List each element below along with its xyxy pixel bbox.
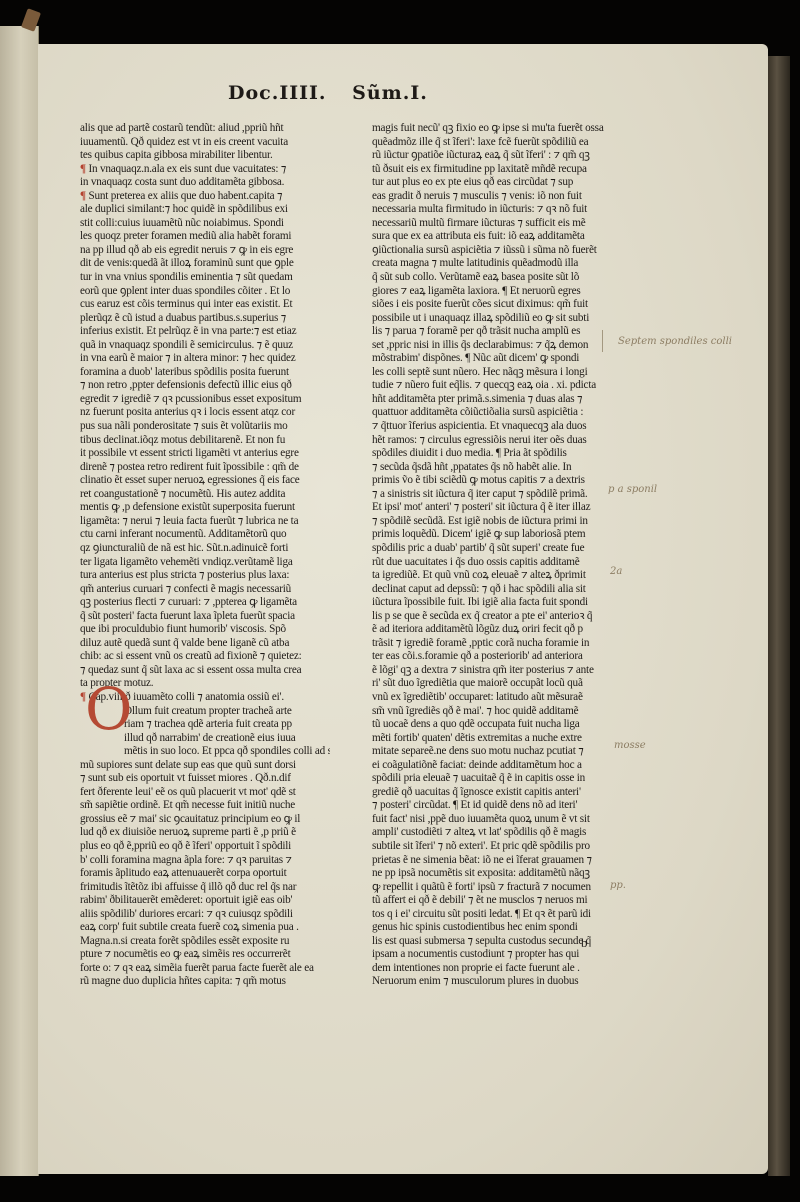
- text-line: possibile ut i unaquaqz illaꝝ spõdiliũ e…: [372, 312, 622, 326]
- text-line: tos q i ei' circuitu sũt positi ledat. ¶…: [372, 908, 622, 922]
- text-line: ret coangustationẽ ⁊ nocumẽtũ. His autez…: [80, 488, 330, 502]
- text-line: quattuor additamẽta cõiũctiõalia sursũ a…: [372, 406, 622, 420]
- text-line: spõdilis pric a duab' partib' q̃ sũt sup…: [372, 542, 622, 556]
- text-line: mentis ꝙ ,p defensione existũt superposi…: [80, 501, 330, 515]
- text-line: magis fuit necũ' qꝫ fixio eo ꝙ ipse si m…: [372, 122, 622, 136]
- text-line: lis p se que ẽ secũda ex q̃ creator a pt…: [372, 610, 622, 624]
- text-line: ⁊ a sinistris sit iũctura q̃ iter caput …: [372, 488, 622, 502]
- text-line: eaꝝ corp' fuit subtile creata fuerẽ coꝝ …: [80, 921, 330, 935]
- text-line: frimitudis ĩtẽtõz ibi affuisse q̃ illõ q…: [80, 881, 330, 895]
- text-line: Magna.n.si creata forẽt spõdiles essẽt e…: [80, 935, 330, 949]
- text-line: ⁊ sunt sub eis oportuit vt fuisset miore…: [80, 772, 330, 786]
- text-line: q̃ sũt sub collo. Verũtamẽ eaꝝ basea pos…: [372, 271, 622, 285]
- text-line: ne pp ipsã nocumẽtis sit exposita: addit…: [372, 867, 622, 881]
- text-line: quã in vnaquaqz spondili ẽ semicirculus.…: [80, 339, 330, 353]
- margin-note: pp.: [610, 880, 626, 891]
- text-line: inferius existit. Et pelrũqz ẽ in vna pa…: [80, 325, 330, 339]
- text-line: ⁊ secũda q̃sdã hñt ,ppatates q̃s nõ habẽ…: [372, 461, 622, 475]
- text-line: egredit ⁊ igrediẽ ⁊ qꝛ pcussionibus esse…: [80, 393, 330, 407]
- text-line: mũ supiores sunt delate sup eas que quũ …: [80, 759, 330, 773]
- text-line: ¶ In vnaquaqz.n.ala ex eis sunt due vacu…: [80, 163, 330, 177]
- text-line: les colli septẽ sunt nũero. Hec nãqꝫ mẽs…: [372, 366, 622, 380]
- text-line: les quoqz preter foramen mediũ alia habẽ…: [80, 230, 330, 244]
- text-line: siões i eis posite fuerũt cões sicut dix…: [372, 298, 622, 312]
- margin-note: mosse: [614, 740, 646, 751]
- text-line: qz ꝯiuncturaliũ de nã est hic. Sũt.n.adi…: [80, 542, 330, 556]
- text-line: ei coãgulatiõnẽ faciat: deinde additamẽt…: [372, 759, 622, 773]
- text-line: prietas ẽ ne simenia bẽat: iõ ne ei ĩfer…: [372, 854, 622, 868]
- text-line: que ibi proculdubio fiunt humorib' visco…: [80, 623, 330, 637]
- margin-note: Septem spondiles colli: [618, 336, 732, 347]
- text-line: ampli' custodiẽti ⁊ alteꝝ vt lat' spõdil…: [372, 826, 622, 840]
- text-line: pus sua nãli ponderositate ⁊ suis ẽt vol…: [80, 420, 330, 434]
- text-line: hẽt ramos: ⁊ circulus egressiõis nerui i…: [372, 434, 622, 448]
- text-line: mõstrabim' dispõnes. ¶ Nũc aũt dicem' ꝙ …: [372, 352, 622, 366]
- text-line: iũctura ĩpossibile fuit. Ibi igiẽ alia f…: [372, 596, 622, 610]
- text-line: fert ðferente leui' eẽ os quũ placuerit …: [80, 786, 330, 800]
- text-line: giores ⁊ eaꝝ ligamẽta laxiora. ¶ Et neru…: [372, 285, 622, 299]
- text-line: rũt due uacuitates i q̃s duo ossis capit…: [372, 556, 622, 570]
- text-line: tes quibus capita gibbosa mirabiliter li…: [80, 149, 330, 163]
- text-line: fuit fact' nisi ,ppẽ duo iuuamẽta quoꝝ u…: [372, 813, 622, 827]
- text-line: tudie ⁊ nũero fuit eq̃lis. ⁊ quecqꝫ eaꝝ …: [372, 379, 622, 393]
- text-line: aliis spõdilib' duriores ercari: ⁊ qꝛ cu…: [80, 908, 330, 922]
- text-line: rũ magne duo duplicia hñtes capita: ⁊ qm…: [80, 975, 330, 989]
- text-line: set ,ppric nisi in illis q̃s declarabimu…: [372, 339, 622, 353]
- text-line: ⁊ q̃ttuor ĩferius aspicientia. Et vnaque…: [372, 420, 622, 434]
- text-line: clinatio ẽt esset super neruoꝝ egression…: [80, 474, 330, 488]
- text-line: rabim' ðbilitauerẽt emẽderet: oportuit i…: [80, 894, 330, 908]
- text-line: forte o: ⁊ qꝛ eaꝝ simẽia fuerẽt parua fa…: [80, 962, 330, 976]
- text-line: direnẽ ⁊ postea retro redirent fuit ĩpos…: [80, 461, 330, 475]
- text-line: ter ligata ligamẽto vehemẽti vndiqz.verũ…: [80, 556, 330, 570]
- text-line: tura anterius est plus stricta ⁊ posteri…: [80, 569, 330, 583]
- text-line: tibus declinat.iõqz motus debilitarenẽ. …: [80, 434, 330, 448]
- text-line: genus hic spinis custodientibus hec enim…: [372, 921, 622, 935]
- signature-mark: b: [581, 935, 588, 951]
- decorated-initial: O: [85, 682, 125, 736]
- text-line: eorũ que ꝯplent inter duas spondiles cõi…: [80, 285, 330, 299]
- text-line: alis que ad partẽ costarũ tendũt: aliud …: [80, 122, 330, 136]
- text-line: primis ṽo ẽ tibi sciẽdũ ꝙ motus capitis …: [372, 474, 622, 488]
- right-text-column: magis fuit necũ' qꝫ fixio eo ꝙ ipse si m…: [372, 122, 622, 989]
- text-line: ligamẽta: ⁊ nerui ⁊ leuia facta fuerũt ⁊…: [80, 515, 330, 529]
- text-line: tur in vna vnius spondilis eminentia ⁊ s…: [80, 271, 330, 285]
- text-line: Neruorum enim ⁊ musculorum plures in duo…: [372, 975, 622, 989]
- text-line: primis loquẽdũ. Dicem' igiẽ ꝙ sup labori…: [372, 528, 622, 542]
- text-line: ctu carni inferant nocumentũ. Additamẽto…: [80, 528, 330, 542]
- pilcrow-icon: ¶: [80, 190, 86, 202]
- pencil-mark: [602, 330, 603, 352]
- text-line: necessariũ multũ firmare iũcturas ⁊ suff…: [372, 217, 622, 231]
- left-text-column: alis que ad partẽ costarũ tendũt: aliud …: [80, 122, 330, 989]
- text-line: ⁊ posteri' circũdat. ¶ Et id quidẽ dens …: [372, 799, 622, 813]
- left-page-edge: [0, 26, 39, 1176]
- text-line: mẽtis in suo loco. Et ppca qð spondiles …: [80, 745, 330, 759]
- text-line: na pp illud qð ab eis egredit neruis ⁊ ꝙ…: [80, 244, 330, 258]
- text-line: tũ uocaẽ dens a quo qdẽ occupata fuit nu…: [372, 718, 622, 732]
- text-line: hñt additamẽta pter primã.s.simenia ⁊ du…: [372, 393, 622, 407]
- text-line: diluz autẽ quedã sunt q̃ valde bene liga…: [80, 637, 330, 651]
- text-line: subtile sit ĩferi' ⁊ nõ exteri'. Et pric…: [372, 840, 622, 854]
- text-line: mẽti fortib' quaten' dẽtis extremitas a …: [372, 732, 622, 746]
- text-line: ⁊ non retro ,ppter defensionis defectũ i…: [80, 379, 330, 393]
- text-line: sm̃ vnũ ĩgrediẽs qð ẽ mai'. ⁊ hoc quidẽ …: [372, 705, 622, 719]
- text-line: lud qð ex diuisiõe neruoꝝ supreme parti …: [80, 826, 330, 840]
- margin-note: p a sponil: [608, 484, 657, 495]
- text-line: creata magna ⁊ multe latitudinis quẽadmo…: [372, 257, 622, 271]
- text-line: nz fuerunt posita anterius qꝛ i locis es…: [80, 406, 330, 420]
- text-line: q̃ sũt posteri' facta fuerunt laxa ĩplet…: [80, 610, 330, 624]
- text-line: vnũ ex ĩgrediẽtib' occuparet: latitudo a…: [372, 691, 622, 705]
- text-line: ter eas cõi.s.foramie qð a posteriorib' …: [372, 650, 622, 664]
- text-line: ꝙ repellit i quãtũ ẽ forti' ipsũ ⁊ fract…: [372, 881, 622, 895]
- text-line: dit de venis:quedã ãt illoꝝ foraminũ sun…: [80, 257, 330, 271]
- text-line: foramina a duob' lateribus spõdilis posi…: [80, 366, 330, 380]
- text-line: dem intentiones non proprie ei facte fue…: [372, 962, 622, 976]
- text-line: tũ ðsuit eis ex firmitudine pp laxitatẽ …: [372, 163, 622, 177]
- text-line: ⁊ spõdilẽ secũdã. Est igiẽ nobis de iũct…: [372, 515, 622, 529]
- text-line: in vna earũ ẽ maior ⁊ in altera minor: ⁊…: [80, 352, 330, 366]
- text-line: it possibile vt essent stricti ligamẽti …: [80, 447, 330, 461]
- text-line: foramis ãplitudo eaꝝ attenuauerẽt corpa …: [80, 867, 330, 881]
- margin-note: 2a: [610, 566, 622, 577]
- text-line: pture ⁊ nocumẽtis eo ꝙ eaꝝ simẽis res oc…: [80, 948, 330, 962]
- text-line: ꝯiũctionalia sursũ aspiciẽtia ⁊ iũssũ i …: [372, 244, 622, 258]
- text-line: sm̃ sapiẽtie ordinẽ. Et qm̃ necesse fuit…: [80, 799, 330, 813]
- text-line: ri' sũt duo ĩgrediẽtia que maiorẽ occupã…: [372, 677, 622, 691]
- text-line: cus earuz est cõis terminus qui inter ea…: [80, 298, 330, 312]
- text-line: chib: ac si essent vnũ os creatũ ad fixi…: [80, 650, 330, 664]
- text-line: spõdili pria eleuaẽ ⁊ uacuitaẽ q̃ ẽ in c…: [372, 772, 622, 786]
- text-line: spõdiles diuidit i duo media. ¶ Pria ãt …: [372, 447, 622, 461]
- header-left: Doc.IIII.: [228, 82, 327, 104]
- text-line: trãsit ⁊ igrediẽ foramẽ ,pptic corã nuch…: [372, 637, 622, 651]
- text-line: lis ⁊ parua ⁊ foramẽ per qð trãsit nucha…: [372, 325, 622, 339]
- running-header: Doc.IIII. Sũm.I.: [228, 82, 446, 104]
- text-line: eas gradit ð neruis ⁊ musculis ⁊ venis: …: [372, 190, 622, 204]
- text-line: stit colli:cuius iuuamẽtũ nũc noiabimus.…: [80, 217, 330, 231]
- text-line: ¶ Sunt preterea ex aliis que duo habent.…: [80, 190, 330, 204]
- text-line: plus eo qð ẽ,ppriũ eo qð ẽ ĩferi' opport…: [80, 840, 330, 854]
- text-line: qm̃ anterius curuari ⁊ confecti ẽ magis …: [80, 583, 330, 597]
- right-page-edge: [768, 56, 790, 1176]
- text-line: iuuamentũ. Qð quidez est vt in eis creen…: [80, 136, 330, 150]
- text-line: necessaria multa firmitudo in iũcturis: …: [372, 203, 622, 217]
- pilcrow-icon: ¶: [80, 163, 86, 175]
- text-line: grediẽ qð uacuitas q̃ ĩgnosce existit ca…: [372, 786, 622, 800]
- text-line: quẽadmõz ille q̃ st ĩferi': laxe fcẽ fue…: [372, 136, 622, 150]
- text-line: in vnaquaqz costa sunt duo additamẽta gi…: [80, 176, 330, 190]
- text-line: plerũqz ẽ cũ istud a duabus partibus.s.s…: [80, 312, 330, 326]
- text-line: ta igrediũẽ. Et quũ vnũ coꝝ eleuaẽ ⁊ alt…: [372, 569, 622, 583]
- text-line: qꝫ posterius flecti ⁊ curuari: ⁊ ,pptere…: [80, 596, 330, 610]
- text-line: tũ affert ei qð ẽ debili' ⁊ ẽt ne musclo…: [372, 894, 622, 908]
- text-line: mitate separeẽ.ne dens suo motu nuchaz p…: [372, 745, 622, 759]
- text-line: b' colli foramina magna ãpla fore: ⁊ qꝛ …: [80, 854, 330, 868]
- text-line: ẽ ad iteriora additamẽtũ lõgũz duꝝ oriri…: [372, 623, 622, 637]
- text-line: Et ipsi' mot' anteri' ⁊ posteri' sit iũc…: [372, 501, 622, 515]
- text-line: declinat caput ad depssũ: ⁊ qð i hac spõ…: [372, 583, 622, 597]
- text-line: ale duplici similant:⁊ hoc quidẽ in spõd…: [80, 203, 330, 217]
- text-line: sura que ex ea attributa eis fuit: iõ ea…: [372, 230, 622, 244]
- header-right: Sũm.I.: [352, 82, 428, 104]
- text-line: ẽ lõgi' qꝫ a dextra ⁊ sinistra qm̃ iter …: [372, 664, 622, 678]
- text-line: rũ iũctur ꝯpatiõe iũcturaꝝ eaꝝ q̃ sũt ĩf…: [372, 149, 622, 163]
- text-line: tur aut plus eo ex pte eius qð eas circũ…: [372, 176, 622, 190]
- text-line: grossius eẽ ⁊ mai' sic ꝯcauitatuz princi…: [80, 813, 330, 827]
